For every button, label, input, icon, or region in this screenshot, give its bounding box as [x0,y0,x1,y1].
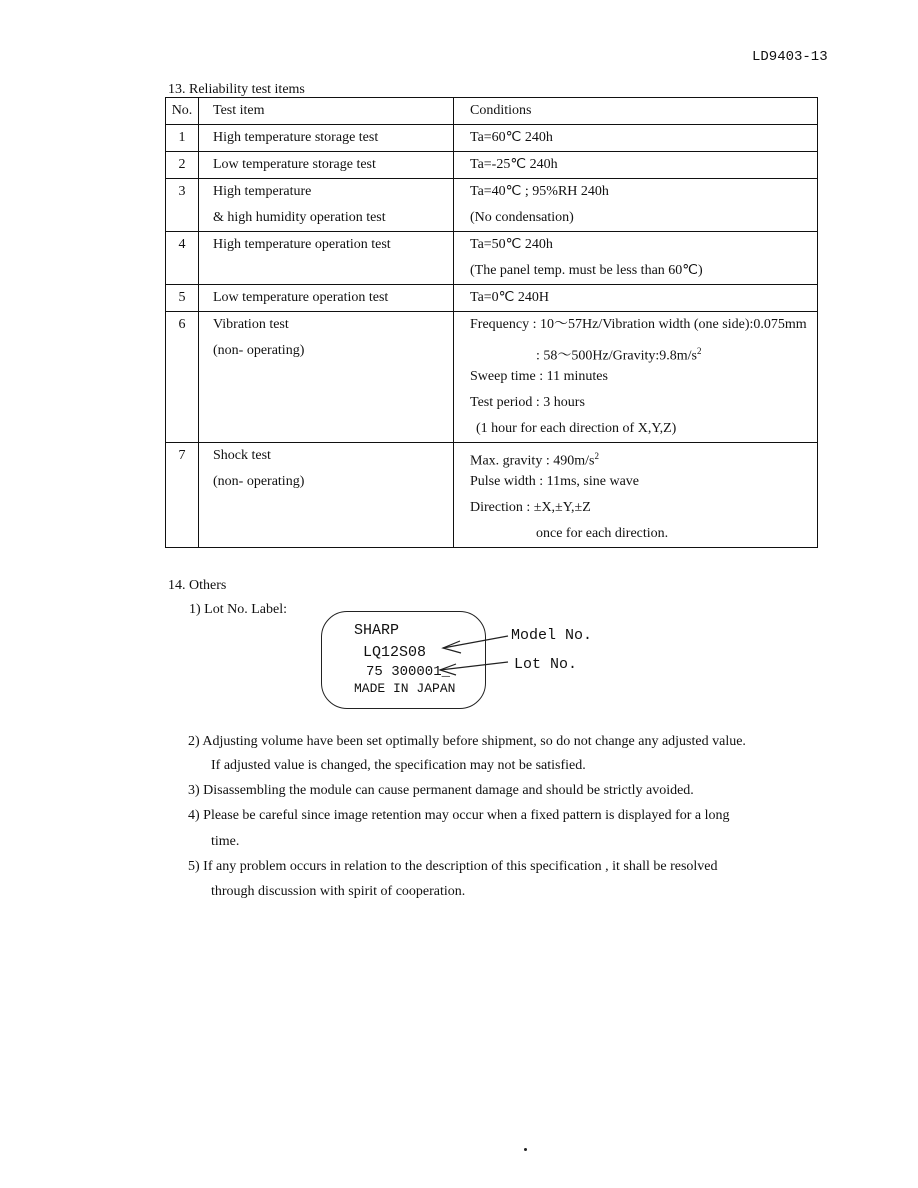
note-2: 2) Adjusting volume have been set optima… [188,734,746,750]
note-4-cont: time. [211,834,239,850]
scan-speck [524,1148,527,1151]
callout-model-no: Model No. [511,627,592,644]
note-3: 3) Disassembling the module can cause pe… [188,783,694,799]
note-5-cont: through discussion with spirit of cooper… [211,884,465,900]
callout-lot-no: Lot No. [514,656,577,673]
note-2-cont: If adjusted value is changed, the specif… [211,758,586,774]
arrow-icon [0,0,918,1188]
note-4: 4) Please be careful since image retenti… [188,808,730,824]
note-5: 5) If any problem occurs in relation to … [188,859,718,875]
